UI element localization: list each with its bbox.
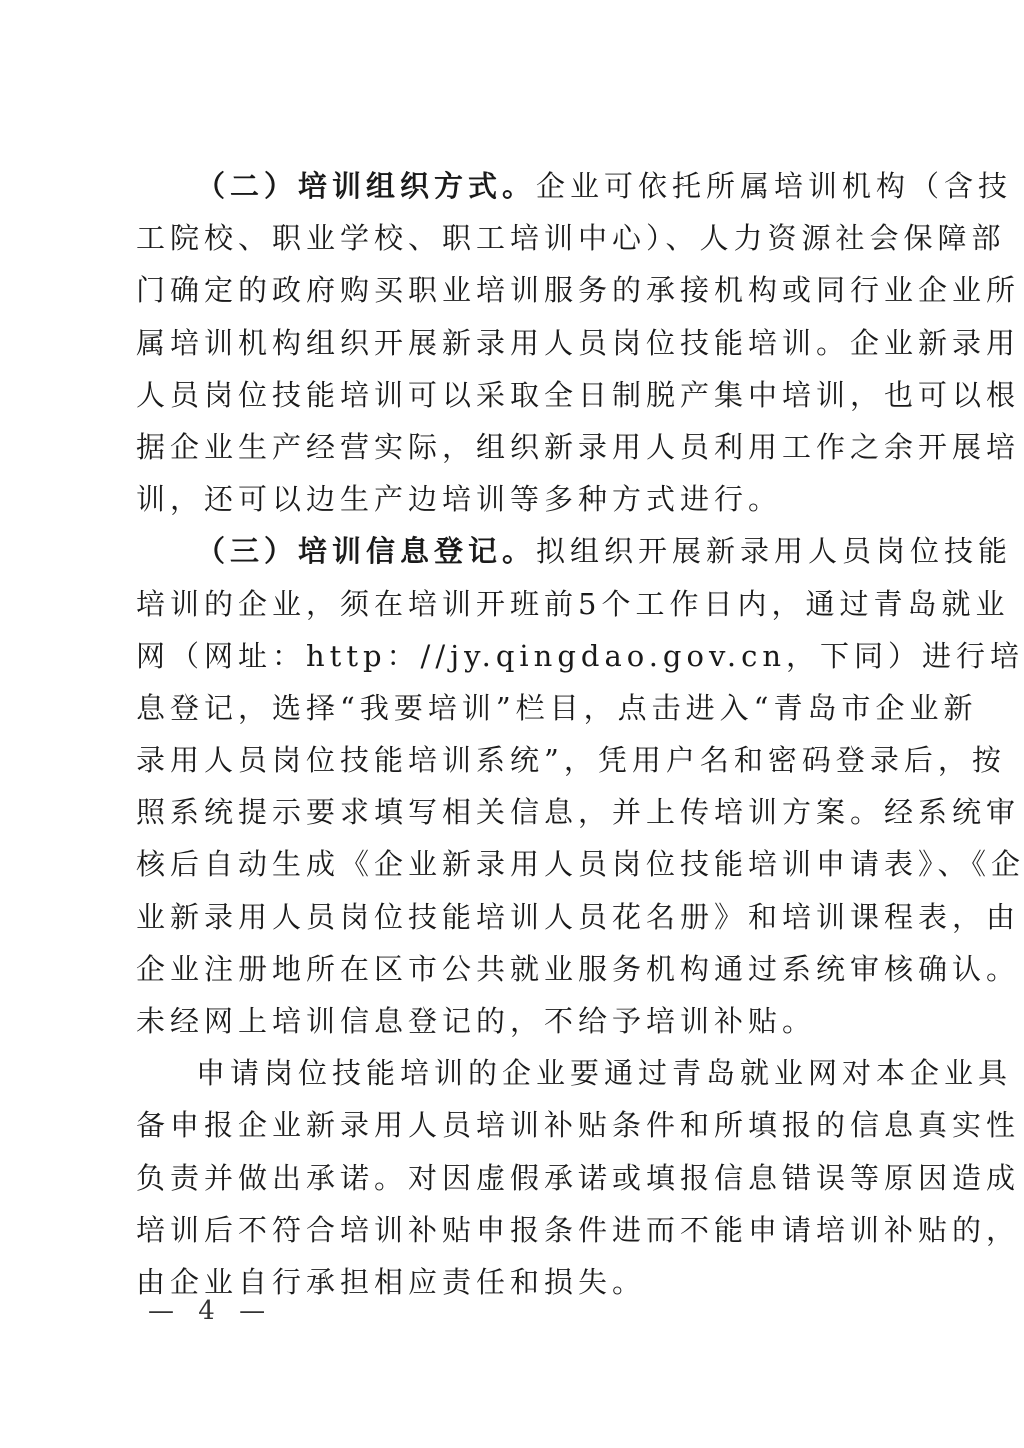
- document-page: （二）培训组织方式。企业可依托所属培训机构（含技 工院校、职业学校、职工培训中心…: [136, 160, 892, 1308]
- section-heading: （二）培训组织方式。: [196, 169, 536, 203]
- paragraph-line: 录用人员岗位技能培训系统”，凭用户名和密码登录后，按: [136, 734, 892, 786]
- paragraph-line: 业新录用人员岗位技能培训人员花名册》和培训课程表，由: [136, 891, 892, 943]
- paragraph-line: 网（网址：http：//jy.qingdao.gov.cn，下同）进行培训信: [136, 630, 892, 682]
- paragraph-line: 据企业生产经营实际，组织新录用人员利用工作之余开展培: [136, 421, 892, 473]
- paragraph-line: 培训后不符合培训补贴申报条件进而不能申请培训补贴的，: [136, 1204, 892, 1256]
- paragraph-line: 息登记，选择“我要培训”栏目，点击进入“青岛市企业新: [136, 682, 892, 734]
- paragraph-line: 照系统提示要求填写相关信息，并上传培训方案。经系统审: [136, 786, 892, 838]
- paragraph-line: （二）培训组织方式。企业可依托所属培训机构（含技: [136, 160, 892, 212]
- paragraph-line: 企业注册地所在区市公共就业服务机构通过系统审核确认。: [136, 943, 892, 995]
- paragraph-line: 核后自动生成《企业新录用人员岗位技能培训申请表》、《企: [136, 838, 892, 890]
- paragraph-line: 未经网上培训信息登记的，不给予培训补贴。: [136, 995, 892, 1047]
- section-heading: （三）培训信息登记。: [196, 534, 536, 568]
- paragraph-line: 备申报企业新录用人员培训补贴条件和所填报的信息真实性: [136, 1099, 892, 1151]
- paragraph-line: 属培训机构组织开展新录用人员岗位技能培训。企业新录用: [136, 317, 892, 369]
- paragraph-line: 负责并做出承诺。对因虚假承诺或填报信息错误等原因造成: [136, 1152, 892, 1204]
- paragraph-text: 拟组织开展新录用人员岗位技能: [536, 534, 1012, 568]
- paragraph-line: 人员岗位技能培训可以采取全日制脱产集中培训，也可以根: [136, 369, 892, 421]
- page-number: — 4 —: [148, 1296, 273, 1326]
- paragraph-line: 训，还可以边生产边培训等多种方式进行。: [136, 473, 892, 525]
- paragraph-line: 培训的企业，须在培训开班前5个工作日内，通过青岛就业: [136, 578, 892, 630]
- paragraph-text: 企业可依托所属培训机构（含技: [536, 169, 1012, 203]
- paragraph-line: 工院校、职业学校、职工培训中心）、人力资源社会保障部: [136, 212, 892, 264]
- paragraph-line: 门确定的政府购买职业培训服务的承接机构或同行业企业所: [136, 264, 892, 316]
- paragraph-line: 申请岗位技能培训的企业要通过青岛就业网对本企业具: [136, 1047, 892, 1099]
- paragraph-line: （三）培训信息登记。拟组织开展新录用人员岗位技能: [136, 525, 892, 577]
